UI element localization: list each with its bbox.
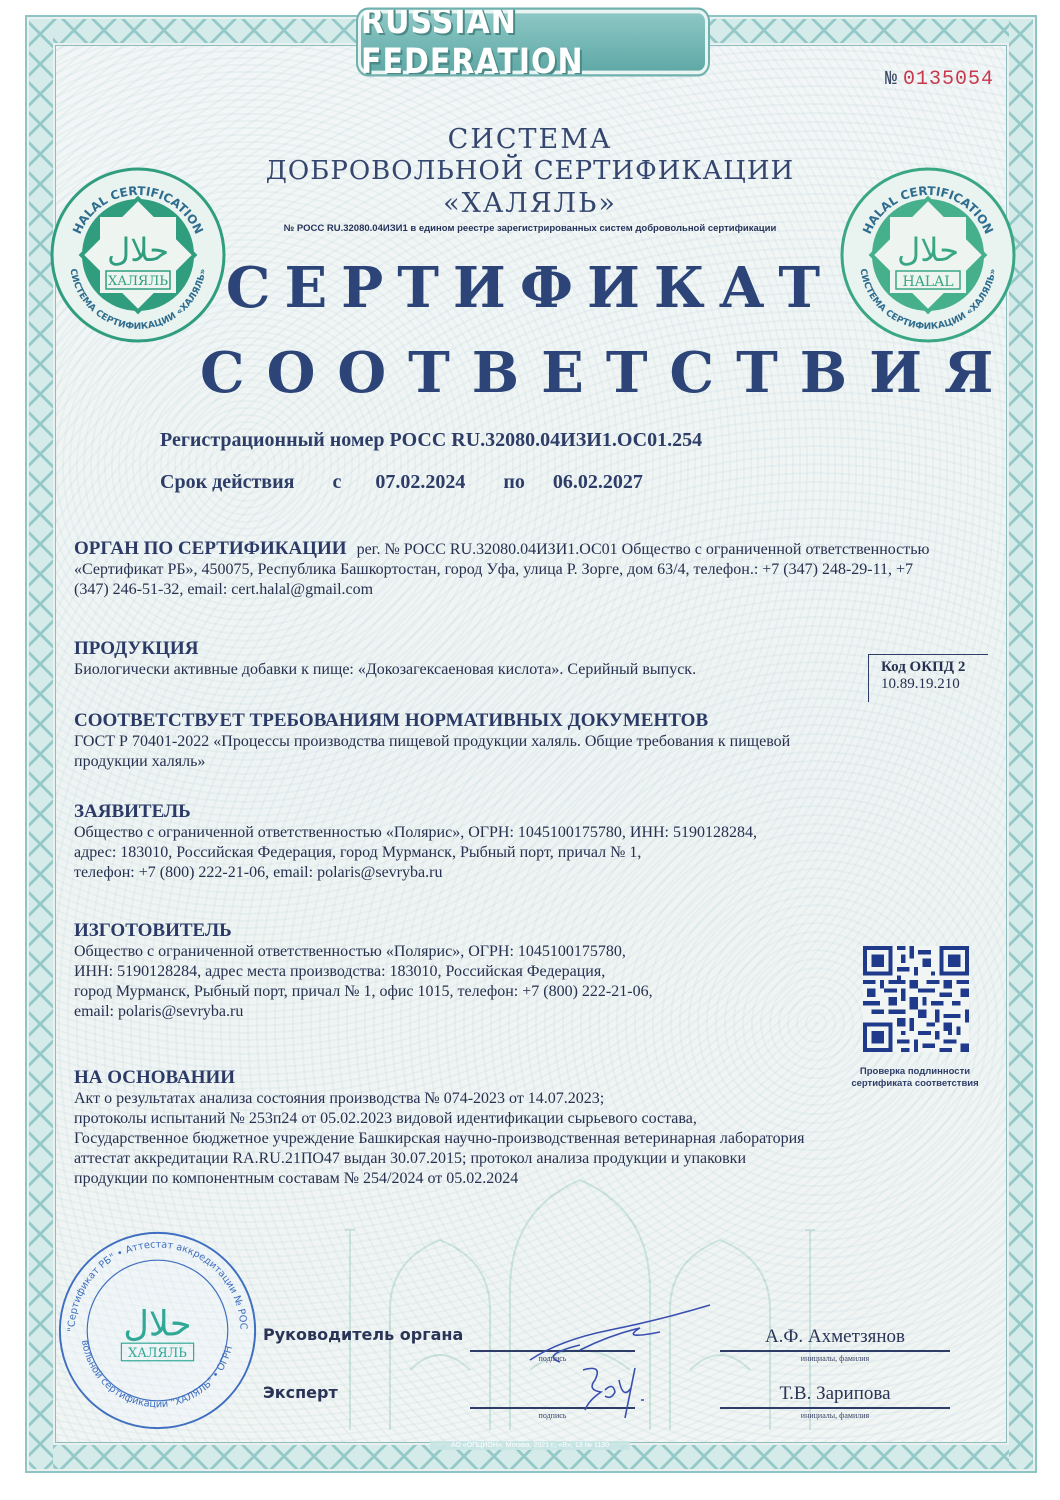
head-name-line — [720, 1350, 950, 1352]
system-title-line3: «ХАЛЯЛЬ» — [240, 188, 820, 219]
section-applicant: ЗАЯВИТЕЛЬ Общество с ограниченной ответс… — [74, 801, 934, 883]
head-name-caption: инициалы, фамилия — [720, 1354, 950, 1363]
validity-label: Срок действия — [160, 471, 294, 494]
certificate-subtitle: СООТВЕТСТВИЯ — [200, 340, 860, 406]
system-title-line1: СИСТЕМА — [240, 124, 820, 155]
serial-number: №0135054 — [885, 68, 994, 91]
section-heading: ПРОДУКЦИЯ — [74, 638, 864, 660]
svg-text:حلال: حلال — [107, 231, 169, 269]
section-line: адрес: 183010, Российская Федерация, гор… — [74, 843, 934, 863]
head-name: А.Ф. Ахметзянов — [720, 1326, 950, 1348]
system-title-line2: ДОБРОВОЛЬНОЙ СЕРТИФИКАЦИИ — [240, 156, 820, 186]
stamp-seal-icon: Орган по сертификации "Сертификат РБ" • … — [55, 1228, 260, 1433]
section-heading: ЗАЯВИТЕЛЬ — [74, 801, 934, 823]
validity-to-date: 06.02.2027 — [553, 471, 643, 494]
section-line: Общество с ограниченной ответственностью… — [74, 823, 934, 843]
section-line: ИНН: 5190128284, адрес места производств… — [74, 962, 854, 982]
validity-from-label: с — [332, 471, 341, 494]
qr-code-icon[interactable] — [863, 946, 969, 1052]
section-manufacturer: ИЗГОТОВИТЕЛЬ Общество с ограниченной отв… — [74, 920, 854, 1022]
svg-text:حلال: حلال — [123, 1303, 191, 1344]
section-text: ГОСТ Р 70401-2022 «Процессы производства… — [74, 733, 790, 770]
registration-number: Регистрационный номер РОСС RU.32080.04ИЗ… — [160, 429, 702, 452]
section-normative-documents: СООТВЕТСТВУЕТ ТРЕБОВАНИЯМ НОРМАТИВНЫХ ДО… — [74, 710, 864, 772]
okpd-code-box: Код ОКПД 2 10.89.19.210 — [868, 654, 988, 702]
printer-imprint: АО «ОПЦИОН», Москва, 2021 г., «В», 13 № … — [430, 1441, 630, 1450]
section-line: Государственное бюджетное учреждение Баш… — [74, 1129, 984, 1149]
section-heading: НА ОСНОВАНИИ — [74, 1067, 984, 1089]
section-heading: СООТВЕТСТВУЕТ ТРЕБОВАНИЯМ НОРМАТИВНЫХ ДО… — [74, 710, 864, 732]
validity-to-label: по — [503, 471, 525, 494]
section-line: Акт о результатах анализа состояния прои… — [74, 1089, 984, 1109]
svg-text:ХАЛЯЛЬ: ХАЛЯЛЬ — [108, 274, 168, 289]
expert-name-line — [720, 1407, 950, 1409]
country-banner: RUSSIAN FEDERATION — [358, 10, 708, 74]
okpd-label: Код ОКПД 2 — [881, 659, 988, 676]
section-line: продукции по компонентным составам № 254… — [74, 1169, 984, 1189]
serial-prefix: № — [885, 68, 897, 91]
serial-value: 0135054 — [903, 68, 994, 91]
expert-name-caption: инициалы, фамилия — [720, 1411, 950, 1420]
section-line: Общество с ограниченной ответственностью… — [74, 942, 854, 962]
validity-from-date: 07.02.2024 — [375, 471, 465, 494]
svg-text:حلال: حلال — [897, 231, 959, 269]
expert-role-label: Эксперт — [263, 1383, 338, 1402]
official-stamp: Орган по сертификации "Сертификат РБ" • … — [55, 1228, 260, 1433]
certificate-title: СЕРТИФИКАТ — [200, 255, 860, 321]
section-line: город Мурманск, Рыбный порт, причал № 1,… — [74, 982, 854, 1002]
section-certification-body: ОРГАН ПО СЕРТИФИКАЦИИрег. № РОСС RU.3208… — [74, 538, 934, 600]
section-line: протоколы испытаний № 253п24 от 05.02.20… — [74, 1109, 984, 1129]
section-text: Биологически активные добавки к пище: «Д… — [74, 661, 696, 678]
section-line: аттестат аккредитации RA.RU.21ПО47 выдан… — [74, 1149, 984, 1169]
section-basis: НА ОСНОВАНИИ Акт о результатах анализа с… — [74, 1067, 984, 1189]
expert-signature-icon — [575, 1360, 655, 1420]
halal-certification-icon: HALAL CERTIFICATION СИСТЕМА СЕРТИФИКАЦИИ… — [838, 165, 1018, 345]
validity-period: Срок действияс07.02.2024по06.02.2027 — [160, 471, 643, 494]
svg-text:HALAL: HALAL — [902, 274, 953, 290]
expert-name: Т.В. Зарипова — [720, 1383, 950, 1405]
svg-text:ХАЛЯЛЬ: ХАЛЯЛЬ — [128, 1345, 187, 1360]
section-heading: ОРГАН ПО СЕРТИФИКАЦИИ — [74, 538, 347, 559]
system-registry-note: № РОСС RU.32080.04ИЗИ1 в едином реестре … — [240, 223, 820, 234]
section-heading: ИЗГОТОВИТЕЛЬ — [74, 920, 854, 942]
okpd-value: 10.89.19.210 — [881, 676, 988, 693]
head-role-label: Руководитель органа — [263, 1325, 463, 1344]
section-product: ПРОДУКЦИЯ Биологически активные добавки … — [74, 638, 864, 680]
section-line: email: polaris@sevryba.ru — [74, 1002, 854, 1022]
halal-logo-right: HALAL CERTIFICATION СИСТЕМА СЕРТИФИКАЦИИ… — [838, 165, 1018, 345]
section-line: телефон: +7 (800) 222-21-06, email: pola… — [74, 863, 934, 883]
